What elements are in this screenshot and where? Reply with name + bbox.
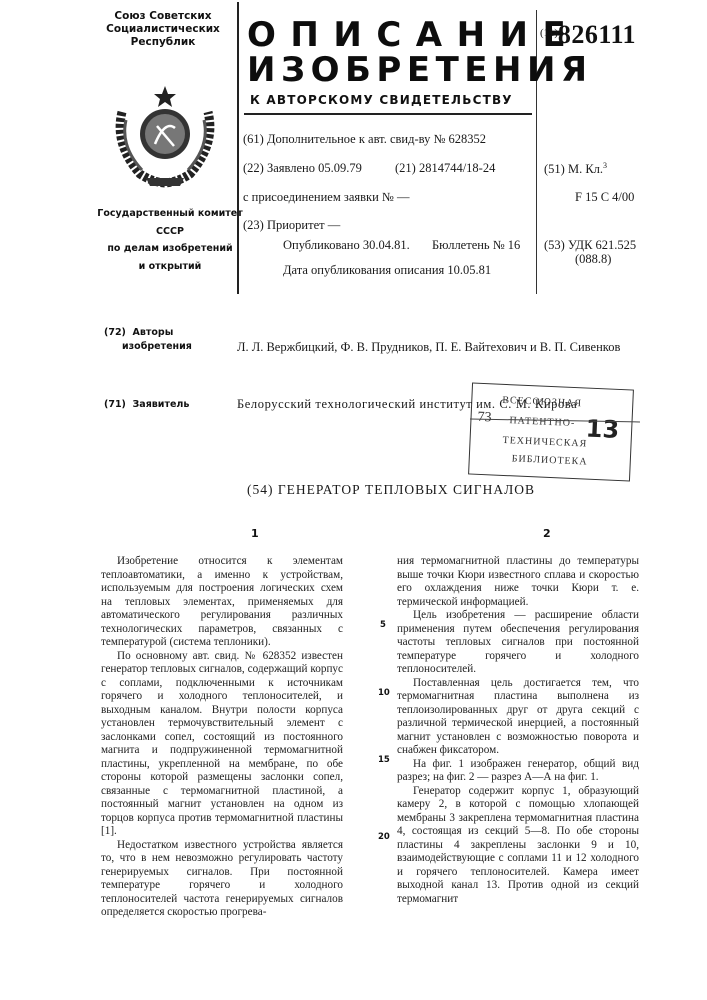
committee-line: по делам изобретений xyxy=(85,240,255,258)
applicant-code: (71) xyxy=(104,399,126,410)
paragraph: Изобретение относится к элементам теплоа… xyxy=(101,555,343,650)
text-column-right: ния термомагнитной пластины до температу… xyxy=(397,555,639,906)
union-line: Республик xyxy=(78,36,248,49)
attached-application: с присоединением заявки № — xyxy=(243,190,409,205)
patent-number: (11)826111 xyxy=(540,20,636,50)
document-subtitle: К АВТОРСКОМУ СВИДЕТЕЛЬСТВУ xyxy=(250,93,513,107)
udc-label: (53) УДК 621.525 xyxy=(544,238,636,253)
committee-line: и открытий xyxy=(85,258,255,276)
applicant-label: (71) Заявитель xyxy=(104,399,189,410)
priority: (23) Приоритет — xyxy=(243,218,340,233)
stamp-line: БИБЛИОТЕКА xyxy=(512,453,588,467)
line-number: 15 xyxy=(378,755,390,765)
library-stamp: ВСЕСОЮЗНАЯ 73 ПАТЕНТНО- ТЕХНИЧЕСКАЯ БИБЛ… xyxy=(468,383,634,482)
stamp-line: ВСЕСОЮЗНАЯ xyxy=(502,395,582,409)
authors-label-line2: изобретения xyxy=(122,341,192,352)
column-number-right: 2 xyxy=(543,527,551,540)
union-name: Союз Советских Социалистических Республи… xyxy=(78,10,248,49)
patent-number-value: 826111 xyxy=(558,20,636,49)
application-number: (21) 2814744/18-24 xyxy=(395,161,495,176)
authors-label-line1: Авторы xyxy=(133,327,174,338)
authors-label: (72) Авторы xyxy=(104,327,173,338)
author-names: Л. Л. Вержбицкий, Ф. В. Прудников, П. Е.… xyxy=(237,340,620,355)
udc-value: (088.8) xyxy=(575,252,611,267)
ussr-state-emblem-icon xyxy=(112,82,218,190)
header-divider-left xyxy=(237,2,239,294)
ipc-edition: 3 xyxy=(603,161,607,170)
paragraph: Генератор содержит корпус 1, образующий … xyxy=(397,785,639,907)
union-line: Социалистических xyxy=(78,23,248,36)
paragraph: Недостатком известного устройства являет… xyxy=(101,839,343,920)
authors-code: (72) xyxy=(104,327,126,338)
paragraph: На фиг. 1 изображен генератор, общий вид… xyxy=(397,758,639,785)
paragraph: ния термомагнитной пластины до температу… xyxy=(397,555,639,609)
patent-number-code: (11) xyxy=(540,27,558,39)
text-column-left: Изобретение относится к элементам теплоа… xyxy=(101,555,343,920)
paragraph: Цель изобретения — расширение области пр… xyxy=(397,609,639,677)
committee-line: СССР xyxy=(85,223,255,241)
additional-certificate: (61) Дополнительное к авт. свид-ву № 628… xyxy=(243,132,486,147)
ipc-label-text: (51) М. Кл. xyxy=(544,162,603,176)
ipc-value: F 15 C 4/00 xyxy=(575,190,634,205)
stamp-number: 13 xyxy=(585,415,620,444)
committee-line: Государственный комитет xyxy=(85,205,255,223)
document-title-line1: ОПИСАНИЕ xyxy=(247,17,580,53)
filing-date: (22) Заявлено 05.09.79 xyxy=(243,161,362,176)
bulletin-number: Бюллетень № 16 xyxy=(432,238,520,253)
line-number: 20 xyxy=(378,832,390,842)
stamp-line: ТЕХНИЧЕСКАЯ xyxy=(502,435,587,450)
line-number: 5 xyxy=(380,620,386,630)
invention-title: (54) ГЕНЕРАТОР ТЕПЛОВЫХ СИГНАЛОВ xyxy=(247,482,535,498)
line-number: 10 xyxy=(378,688,390,698)
ipc-label: (51) М. Кл.3 xyxy=(544,161,607,177)
committee-name: Государственный комитет СССР по делам из… xyxy=(85,205,255,275)
paragraph: По основному авт. свид. № 628352 известе… xyxy=(101,650,343,839)
union-line: Союз Советских xyxy=(78,10,248,23)
applicant-label-text: Заявитель xyxy=(133,399,190,410)
title-rule xyxy=(244,113,532,115)
publication-date: Опубликовано 30.04.81. xyxy=(283,238,410,253)
stamp-line: ПАТЕНТНО- xyxy=(509,415,575,429)
document-title-line2: ИЗОБРЕТЕНИЯ xyxy=(247,52,593,88)
column-number-left: 1 xyxy=(251,527,259,540)
paragraph: Поставленная цель достигается тем, что т… xyxy=(397,677,639,758)
description-publication-date: Дата опубликования описания 10.05.81 xyxy=(283,263,491,278)
